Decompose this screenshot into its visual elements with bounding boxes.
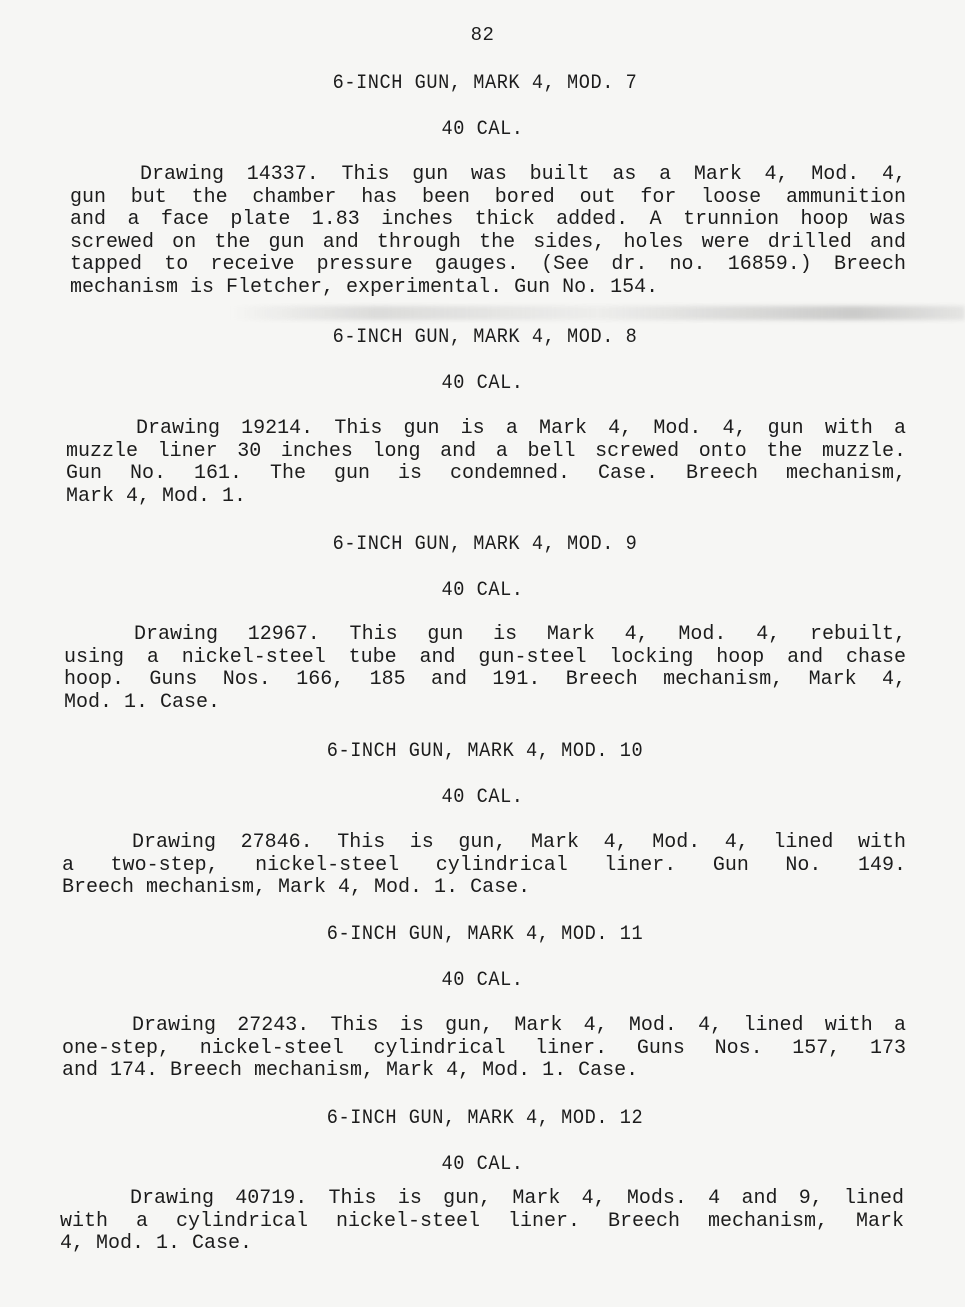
description-line: Drawing 14337. This gun was built as a M… [70, 164, 906, 187]
entry-caliber: 40 CAL. [34, 579, 931, 602]
description-line: muzzle liner 30 inches long and a bell s… [66, 441, 906, 464]
entry-description: Drawing 19214. This gun is a Mark 4, Mod… [66, 418, 906, 508]
entry-heading: 6-INCH GUN, MARK 4, MOD. 9 [34, 533, 936, 556]
description-line: tapped to receive pressure gauges. (See … [70, 254, 906, 277]
entry-description: Drawing 14337. This gun was built as a M… [70, 164, 906, 300]
description-line: and 174. Breech mechanism, Mark 4, Mod. … [62, 1060, 906, 1083]
description-line: a two-step, nickel-steel cylindrical lin… [62, 855, 906, 878]
description-line: 4, Mod. 1. Case. [60, 1233, 904, 1256]
entry-caliber: 40 CAL. [34, 969, 931, 992]
document-page: 82 6-INCH GUN, MARK 4, MOD. 7 40 CAL. Dr… [0, 0, 965, 1307]
description-line: gun but the chamber has been bored out f… [70, 187, 906, 210]
description-line: Drawing 27243. This is gun, Mark 4, Mod.… [62, 1015, 906, 1038]
entry-heading: 6-INCH GUN, MARK 4, MOD. 10 [34, 740, 936, 763]
entry-heading: 6-INCH GUN, MARK 4, MOD. 7 [34, 72, 936, 95]
description-line: one-step, nickel-steel cylindrical liner… [62, 1038, 906, 1061]
description-line: using a nickel-steel tube and gun-steel … [64, 647, 906, 670]
entry-heading: 6-INCH GUN, MARK 4, MOD. 8 [34, 326, 936, 349]
description-line: and a face plate 1.83 inches thick added… [70, 209, 906, 232]
description-line: hoop. Guns Nos. 166, 185 and 191. Breech… [64, 669, 906, 692]
description-line: Drawing 40719. This is gun, Mark 4, Mods… [60, 1188, 904, 1211]
description-line: Drawing 19214. This gun is a Mark 4, Mod… [66, 418, 906, 441]
entry-caliber: 40 CAL. [34, 118, 931, 141]
description-line: Mod. 1. Case. [64, 692, 906, 715]
entry-description: Drawing 40719. This is gun, Mark 4, Mods… [60, 1188, 904, 1256]
description-line: Mark 4, Mod. 1. [66, 486, 906, 509]
entry-heading: 6-INCH GUN, MARK 4, MOD. 12 [34, 1107, 936, 1130]
description-line: mechanism is Fletcher, experimental. Gun… [70, 277, 906, 300]
page-number: 82 [0, 24, 965, 46]
scan-smudge [230, 306, 965, 320]
entry-description: Drawing 27243. This is gun, Mark 4, Mod.… [62, 1015, 906, 1083]
entry-caliber: 40 CAL. [34, 786, 931, 809]
description-line: with a cylindrical nickel-steel liner. B… [60, 1211, 904, 1234]
description-line: Breech mechanism, Mark 4, Mod. 1. Case. [62, 877, 906, 900]
entry-description: Drawing 27846. This is gun, Mark 4, Mod.… [62, 832, 906, 900]
description-line: screwed on the gun and through the sides… [70, 232, 906, 255]
description-line: Gun No. 161. The gun is condemned. Case.… [66, 463, 906, 486]
entry-description: Drawing 12967. This gun is Mark 4, Mod. … [64, 624, 906, 714]
entry-caliber: 40 CAL. [34, 372, 931, 395]
description-line: Drawing 12967. This gun is Mark 4, Mod. … [64, 624, 906, 647]
description-line: Drawing 27846. This is gun, Mark 4, Mod.… [62, 832, 906, 855]
entry-heading: 6-INCH GUN, MARK 4, MOD. 11 [34, 923, 936, 946]
entry-caliber: 40 CAL. [34, 1153, 931, 1176]
